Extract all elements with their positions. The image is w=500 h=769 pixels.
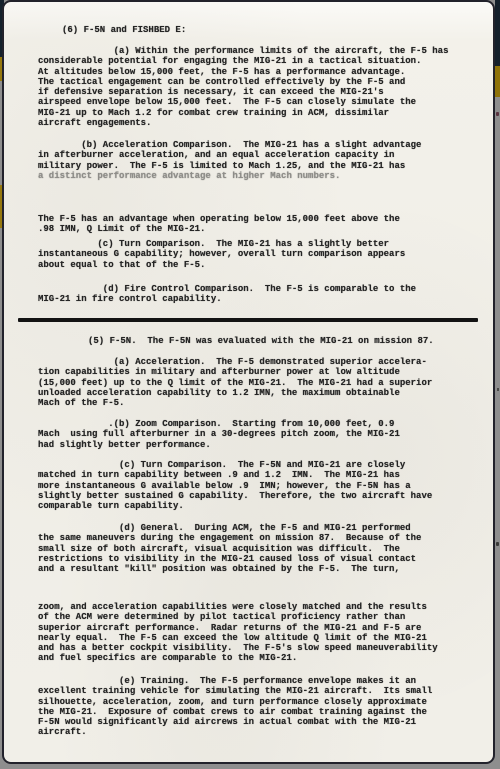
paragraph-5d-general-acm: (d) General. During ACM, the F-5 and MIG… xyxy=(38,523,421,574)
paragraph-6b-acceleration-comparison: (b) Acceleration Comparison. The MIG-21 … xyxy=(38,140,421,171)
section-6-heading: (6) F-5N and FISHBED E: xyxy=(62,25,186,35)
paragraph-6b-faded-line: a distinct performance advantage at high… xyxy=(38,171,340,181)
section-divider-rule xyxy=(18,318,478,322)
paragraph-5b-zoom-comparison: .(b) Zoom Comparison. Starting from 10,0… xyxy=(38,419,400,450)
paragraph-5e-training: (e) Training. The F-5 performance envelo… xyxy=(38,676,432,738)
paragraph-6a-tactical-potential: (a) Within the performance limits of the… xyxy=(38,46,448,128)
paragraph-5a-acceleration: (a) Acceleration. The F-5 demonstrated s… xyxy=(38,357,432,408)
paragraph-5d-continuation: zoom, and acceleration capabilities were… xyxy=(38,602,438,664)
typewritten-text-layer: (6) F-5N and FISHBED E: (a) Within the p… xyxy=(0,0,500,769)
paragraph-5c-turn-comparison: (c) Turn Comparison. The F-5N and MIG-21… xyxy=(38,460,432,511)
paragraph-advantage-note: The F-5 has an advantage when operating … xyxy=(38,214,400,235)
paragraph-6d-fire-control-comparison: (d) Fire Control Comparison. The F-5 is … xyxy=(38,284,416,305)
paragraph-6c-turn-comparison: (c) Turn Comparison. The MIG-21 has a sl… xyxy=(38,239,405,270)
section-5-heading: (5) F-5N. The F-5N was evaluated with th… xyxy=(88,336,434,346)
scan-background: { "colors": { "backdrop_gray": "#8e8e8e"… xyxy=(0,0,500,769)
